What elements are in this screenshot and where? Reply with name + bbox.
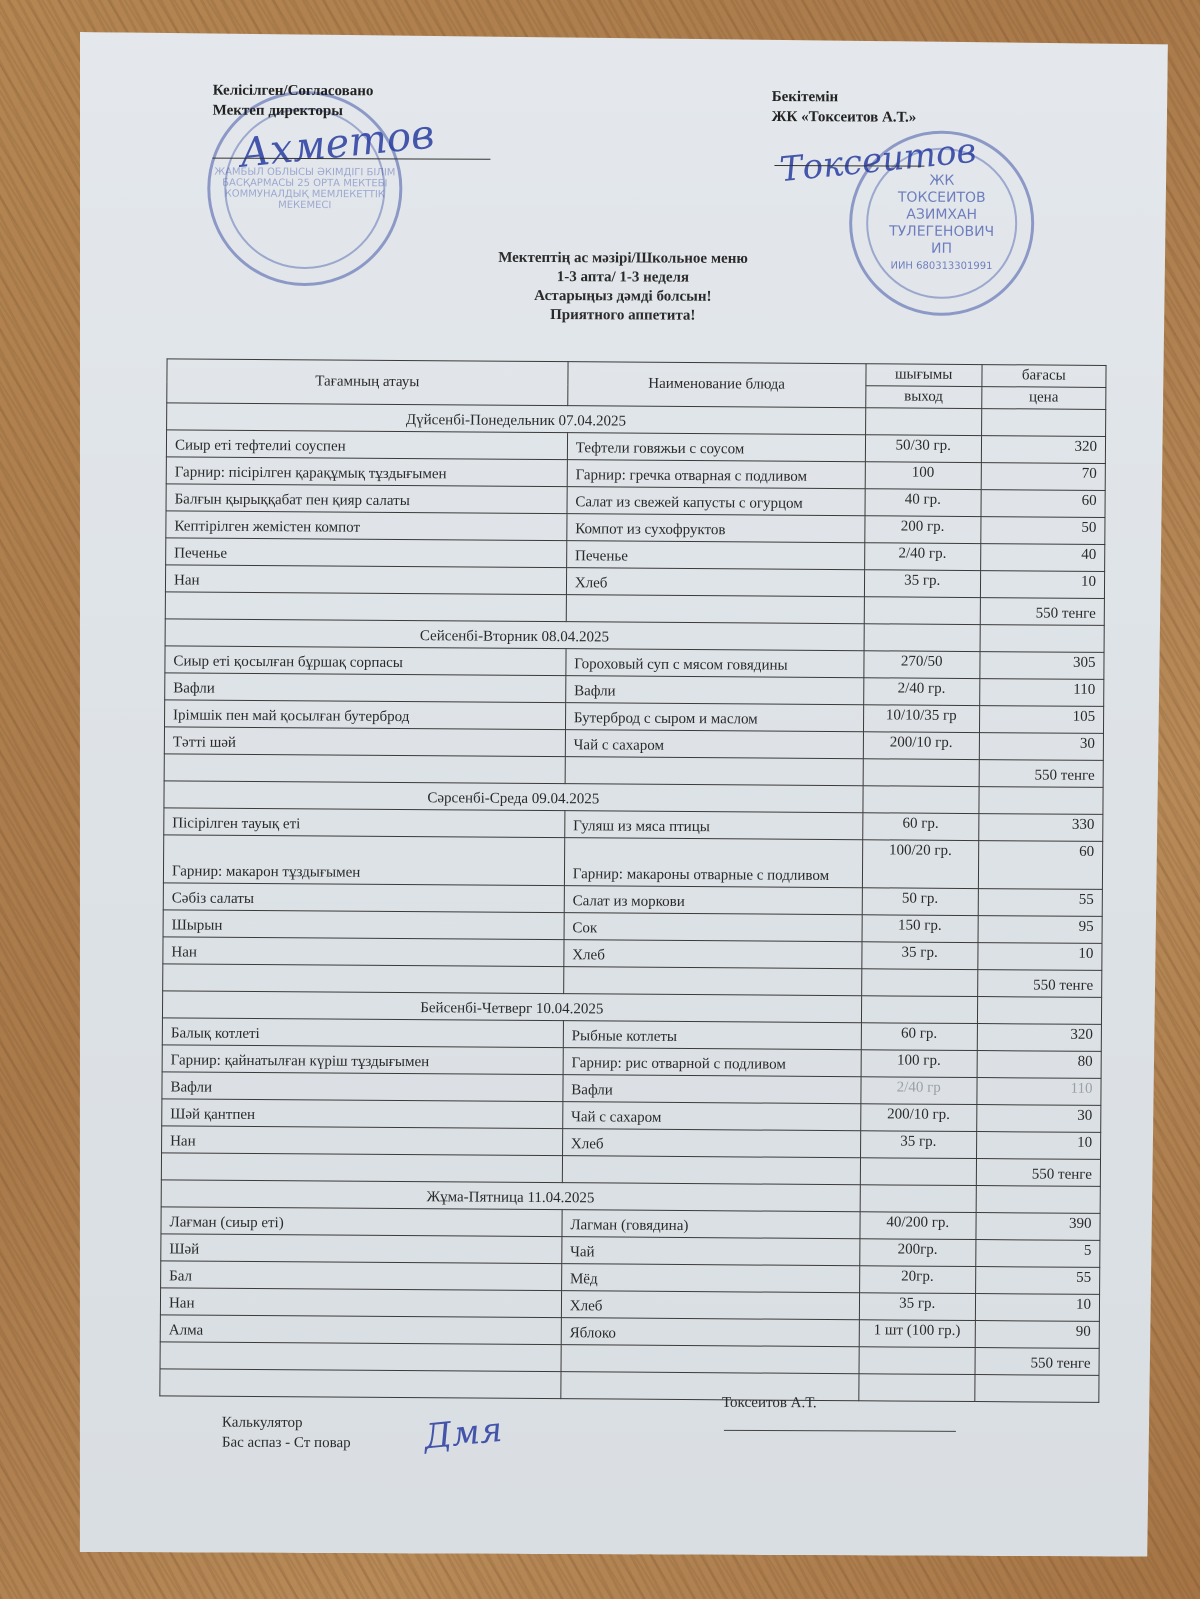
- empty-cell: [861, 969, 977, 997]
- dish-output: 10/10/35 гр: [863, 705, 979, 733]
- header-output-kz: шығымы: [866, 364, 982, 387]
- dish-name-ru: Гарнир: гречка отварная с подливом: [567, 460, 865, 489]
- dish-output: 2/40 гр.: [864, 543, 980, 571]
- dish-price: 110: [979, 679, 1103, 707]
- empty-cell: [980, 625, 1104, 653]
- dish-name-kz: Гарнир: қайнатылған күріш тұздығымен: [162, 1045, 563, 1075]
- dish-name-ru: Хлеб: [566, 568, 864, 597]
- dish-name-ru: Рыбные котлеты: [563, 1021, 861, 1050]
- empty-cell: [860, 1158, 976, 1186]
- agreed-label: Келісілген/Согласовано: [213, 81, 374, 102]
- title-line: Приятного аппетита!: [79, 304, 1167, 328]
- empty-cell: [976, 1186, 1100, 1214]
- empty-cell: [566, 595, 864, 624]
- empty-cell: [861, 996, 977, 1024]
- empty-cell: [975, 1375, 1099, 1403]
- ip-stamp-line: ТУЛЕГЕНОВИЧ: [889, 223, 994, 240]
- calculator-label: Калькулятор: [222, 1413, 351, 1434]
- dish-name-kz: Алма: [160, 1315, 561, 1345]
- dish-price: 105: [979, 706, 1103, 734]
- dish-name-ru: Гарнир: рис отварной с подливом: [563, 1048, 861, 1077]
- empty-cell: [977, 997, 1101, 1025]
- empty-cell: [979, 787, 1103, 815]
- dish-name-kz: Вафли: [162, 1072, 563, 1102]
- footer-roles: Калькулятор Бас аспаз - Ст повар: [222, 1413, 351, 1454]
- dish-name-kz: Балғын қырыққабат пен қияр салаты: [166, 484, 567, 514]
- dish-name-ru: Чай: [562, 1237, 860, 1266]
- dish-name-kz: Сәбіз салаты: [163, 883, 564, 913]
- empty-cell: [165, 592, 566, 622]
- dish-output: 40/200 гр.: [860, 1212, 976, 1240]
- dish-name-ru: Гуляш из мяса птицы: [565, 811, 863, 840]
- director-label: Мектеп директоры: [213, 101, 374, 122]
- dish-price: 10: [976, 1132, 1100, 1160]
- empty-cell: [858, 1374, 974, 1402]
- dish-output: 35 гр.: [859, 1293, 975, 1321]
- dish-price: 80: [977, 1051, 1101, 1079]
- dish-output: 40 гр.: [865, 489, 981, 517]
- menu-table: Тағамның атауы Наименование блюда шығымы…: [159, 358, 1106, 1403]
- blank-row: [160, 1369, 1099, 1403]
- menu-title: Мектептің ас мәзірі/Школьное меню 1-3 ап…: [79, 247, 1167, 328]
- dish-price: 60: [981, 490, 1105, 518]
- dish-name-ru: Хлеб: [564, 940, 862, 969]
- dish-price: 40: [980, 544, 1104, 572]
- menu-document-page: ЖАМБЫЛ ОБЛЫСЫ ӘКІМДІГІ БІЛІМ БАСҚАРМАСЫ …: [73, 32, 1168, 1557]
- dish-price: 30: [979, 733, 1103, 761]
- table-row: Гарнир: макарон тұздығыменГарнир: макаро…: [163, 835, 1102, 890]
- ip-stamp-line: ТОКСЕИТОВ: [898, 189, 986, 206]
- dish-output: 200/10 гр.: [860, 1104, 976, 1132]
- dish-name-kz: Тәтті шәй: [164, 727, 565, 757]
- dish-price: 110: [977, 1078, 1101, 1106]
- dish-name-ru: Чай с сахаром: [563, 1102, 861, 1131]
- dish-name-kz: Нан: [162, 1126, 563, 1156]
- empty-cell: [562, 1156, 860, 1185]
- dish-price: 320: [977, 1024, 1101, 1052]
- dish-name-kz: Гарнир: макарон тұздығымен: [163, 835, 564, 886]
- ip-stamp-line: АЗИМХАН: [906, 206, 977, 223]
- dish-name-kz: Сиыр еті қосылған бұршақ сорпасы: [165, 646, 566, 676]
- header-price-kz: бағасы: [982, 365, 1106, 388]
- dish-name-kz: Пісірілген тауық еті: [164, 808, 565, 838]
- dish-price: 70: [981, 463, 1105, 491]
- dish-name-kz: Лағман (сиыр еті): [161, 1207, 562, 1237]
- dish-price: 10: [975, 1294, 1099, 1322]
- dish-name-kz: Ірімшік пен май қосылған бутерброд: [165, 700, 566, 730]
- footer-ip-name: Токсеитов А.Т.: [722, 1395, 817, 1412]
- dish-price: 55: [975, 1267, 1099, 1295]
- dish-name-kz: Кептірілген жемістен компот: [166, 511, 567, 541]
- dish-output: 35 гр.: [862, 942, 978, 970]
- dish-name-ru: Чай с сахаром: [565, 730, 863, 759]
- dish-output: 200/10 гр.: [863, 732, 979, 760]
- dish-price: 50: [981, 517, 1105, 545]
- dish-name-ru: Компот из сухофруктов: [567, 514, 865, 543]
- day-total: 550 тенге: [977, 970, 1101, 998]
- dish-output: 100 гр.: [861, 1050, 977, 1078]
- dish-name-kz: Шырын: [163, 910, 564, 940]
- dish-name-kz: Нан: [165, 565, 566, 595]
- empty-cell: [864, 624, 980, 652]
- dish-output: 100: [865, 462, 981, 490]
- dish-name-kz: Бал: [161, 1261, 562, 1291]
- dish-name-kz: Печенье: [166, 538, 567, 568]
- dish-name-kz: Шәй қантпен: [162, 1099, 563, 1129]
- dish-output: 100/20 гр.: [862, 840, 978, 889]
- dish-output: 50 гр.: [862, 888, 978, 916]
- ip-name-label: ЖК «Токсеитов А.Т.»: [772, 107, 917, 128]
- dish-name-kz: Шәй: [161, 1234, 562, 1264]
- dish-name-ru: Салат из свежей капусты с огурцом: [567, 487, 865, 516]
- dish-output: 270/50: [864, 651, 980, 679]
- dish-price: 60: [978, 841, 1103, 890]
- dish-name-ru: Гороховый суп с мясом говядины: [566, 649, 864, 678]
- dish-output: 2/40 гр: [861, 1077, 977, 1105]
- dish-name-ru: Мёд: [561, 1264, 859, 1293]
- dish-price: 320: [981, 436, 1105, 464]
- header-name-kz: Тағамның атауы: [167, 359, 568, 406]
- dish-price: 330: [979, 814, 1103, 842]
- day-total: 550 тенге: [976, 1159, 1100, 1187]
- footer-signature-line: [724, 1430, 956, 1432]
- empty-cell: [561, 1345, 859, 1374]
- dish-name-kz: Балық котлеті: [162, 1018, 563, 1048]
- dish-output: 2/40 гр.: [863, 678, 979, 706]
- approve-label: Бекітемін: [772, 87, 917, 108]
- dish-output: 50/30 гр.: [865, 435, 981, 463]
- dish-output: 20гр.: [859, 1266, 975, 1294]
- dish-output: 60 гр.: [861, 1023, 977, 1051]
- empty-cell: [563, 967, 861, 996]
- chef-label: Бас аспаз - Ст повар: [222, 1433, 351, 1454]
- dish-price: 55: [978, 889, 1102, 917]
- dish-name-ru: Тефтели говяжьи с соусом: [567, 433, 865, 462]
- dish-price: 30: [976, 1105, 1100, 1133]
- empty-cell: [860, 1185, 976, 1213]
- empty-cell: [565, 757, 863, 786]
- empty-cell: [164, 754, 565, 784]
- dish-name-ru: Сок: [564, 913, 862, 942]
- empty-cell: [161, 1153, 562, 1183]
- dish-name-kz: Вафли: [165, 673, 566, 703]
- dish-price: 90: [975, 1321, 1099, 1349]
- dish-name-ru: Вафли: [566, 676, 864, 705]
- empty-cell: [160, 1369, 561, 1399]
- dish-name-ru: Салат из моркови: [564, 886, 862, 915]
- empty-cell: [863, 786, 979, 814]
- dish-output: 200 гр.: [864, 516, 980, 544]
- header-name-ru: Наименование блюда: [568, 362, 866, 408]
- dish-name-ru: Бутерброд с сыром и маслом: [565, 703, 863, 732]
- approval-block-right: Бекітемін ЖК «Токсеитов А.Т.»: [772, 87, 917, 128]
- dish-price: 10: [980, 571, 1104, 599]
- dish-output: 1 шт (100 гр.): [859, 1320, 975, 1348]
- day-total: 550 тенге: [975, 1348, 1099, 1376]
- dish-output: 35 гр.: [860, 1131, 976, 1159]
- dish-name-ru: Гарнир: макароны отварные с подливом: [564, 838, 862, 888]
- dish-name-ru: Вафли: [563, 1075, 861, 1104]
- empty-cell: [865, 408, 981, 436]
- dish-price: 95: [978, 916, 1102, 944]
- dish-price: 390: [976, 1213, 1100, 1241]
- dish-price: 305: [980, 652, 1104, 680]
- dish-output: 150 гр.: [862, 915, 978, 943]
- empty-cell: [859, 1347, 975, 1375]
- school-stamp-text: ЖАМБЫЛ ОБЛЫСЫ ӘКІМДІГІ БІЛІМ БАСҚАРМАСЫ …: [210, 166, 399, 211]
- dish-name-kz: Нан: [160, 1288, 561, 1318]
- header-price-ru: цена: [982, 387, 1106, 410]
- empty-cell: [863, 759, 979, 787]
- dish-price: 5: [976, 1240, 1100, 1268]
- dish-output: 35 гр.: [864, 570, 980, 598]
- approval-block-left: Келісілген/Согласовано Мектеп директоры: [213, 81, 374, 122]
- menu-table-body: Дүйсенбі-Понедельник 07.04.2025Сиыр еті …: [160, 403, 1106, 1403]
- dish-output: 60 гр.: [862, 813, 978, 841]
- dish-name-kz: Нан: [163, 937, 564, 967]
- dish-output: 200гр.: [859, 1239, 975, 1267]
- dish-name-ru: Хлеб: [562, 1129, 860, 1158]
- dish-name-ru: Хлеб: [561, 1291, 859, 1320]
- dish-name-ru: Лагман (говядина): [562, 1210, 860, 1239]
- empty-cell: [981, 409, 1105, 437]
- empty-cell: [864, 597, 980, 625]
- dish-name-kz: Гарнир: пісірілген қарақұмық тұздығымен: [166, 457, 567, 487]
- dish-name-ru: Печенье: [566, 541, 864, 570]
- day-total: 550 тенге: [980, 598, 1104, 626]
- header-output-ru: выход: [865, 386, 981, 409]
- day-total: 550 тенге: [979, 760, 1103, 788]
- chef-signature: Дмя: [422, 1410, 504, 1458]
- empty-cell: [160, 1342, 561, 1372]
- dish-price: 10: [978, 943, 1102, 971]
- empty-cell: [163, 964, 564, 994]
- dish-name-kz: Сиыр еті тефтелиі соуспен: [166, 430, 567, 460]
- dish-name-ru: Яблоко: [561, 1318, 859, 1347]
